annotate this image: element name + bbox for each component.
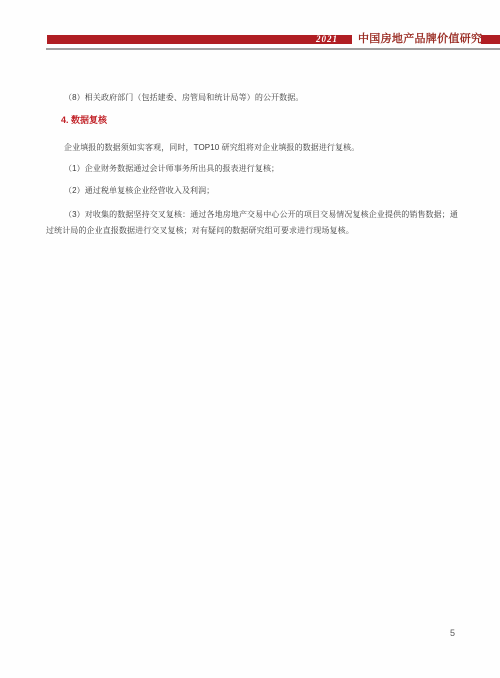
header-rule [46,48,500,50]
section-heading-data-review: 4. 数据复核 [46,113,107,127]
paragraph-item-3: （3）对收集的数据坚持交叉复核：通过各地房地产交易中心公开的项目交易情况复核企业… [46,207,458,239]
header-red-bar: 2021 [47,35,352,44]
paragraph-item-2: （2）通过税单复核企业经营收入及利润； [46,183,458,199]
header-year: 2021 [316,35,338,44]
page-number: 5 [450,628,455,638]
paragraph-intro: 企业填报的数据须如实客观，同时，TOP10 研究组将对企业填报的数据进行复核。 [46,140,458,156]
paragraph-item-8: （8）相关政府部门（包括建委、房管局和统计局等）的公开数据。 [46,90,458,106]
document-page: 2021 中国房地产品牌价值研究 （8）相关政府部门（包括建委、房管局和统计局等… [0,0,500,678]
header-title: 中国房地产品牌价值研究 [358,33,482,45]
header-red-bar-right [481,35,500,44]
paragraph-item-1: （1）企业财务数据通过会计师事务所出具的报表进行复核； [46,161,458,177]
